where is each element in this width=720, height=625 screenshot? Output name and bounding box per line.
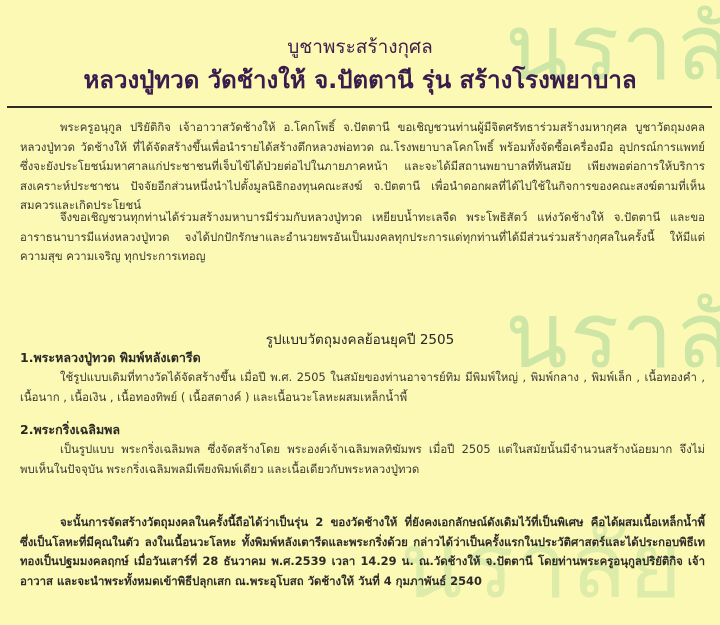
section-title: รูปแบบวัตถุมงคลย้อนยุคปี 2505	[0, 328, 720, 350]
intro-paragraph-1-text: พระครูอนุกูล ปริยัติกิจ เจ้าอาวาสวัดช้าง…	[20, 120, 705, 212]
intro-paragraph-2-text: จึงขอเชิญชวนทุกท่านได้ร่วมสร้างมหาบารมีร…	[20, 210, 705, 263]
item-body-2-text: เป็นรูปแบบ พระกริ่งเฉลิมพล ซึ่งจัดสร้างโ…	[20, 442, 705, 476]
item-heading-1: 1.พระหลวงปู่ทวด พิมพ์หลังเตารีด	[20, 348, 201, 368]
item-heading-2: 2.พระกริ่งเฉลิมพล	[20, 420, 120, 440]
closing-paragraph: จะนั้นการจัดสร้างวัตถุมงคลในครั้งนี้ถือไ…	[20, 513, 705, 591]
document-subtitle: บูชาพระสร้างกุศล	[0, 32, 720, 62]
header-divider	[7, 106, 712, 108]
closing-paragraph-text: จะนั้นการจัดสร้างวัตถุมงคลในครั้งนี้ถือไ…	[20, 515, 705, 588]
item-body-1: ใช้รูปแบบเดิมที่ทางวัดได้จัดสร้างขึ้น เม…	[20, 368, 705, 407]
intro-paragraph-2: จึงขอเชิญชวนทุกท่านได้ร่วมสร้างมหาบารมีร…	[20, 208, 705, 267]
item-body-2: เป็นรูปแบบ พระกริ่งเฉลิมพล ซึ่งจัดสร้างโ…	[20, 440, 705, 479]
document-title: หลวงปู่ทวด วัดช้างให้ จ.ปัตตานี รุ่น สร้…	[0, 60, 720, 99]
item-body-1-text: ใช้รูปแบบเดิมที่ทางวัดได้จัดสร้างขึ้น เม…	[20, 370, 705, 404]
intro-paragraph-1: พระครูอนุกูล ปริยัติกิจ เจ้าอาวาสวัดช้าง…	[20, 118, 705, 216]
